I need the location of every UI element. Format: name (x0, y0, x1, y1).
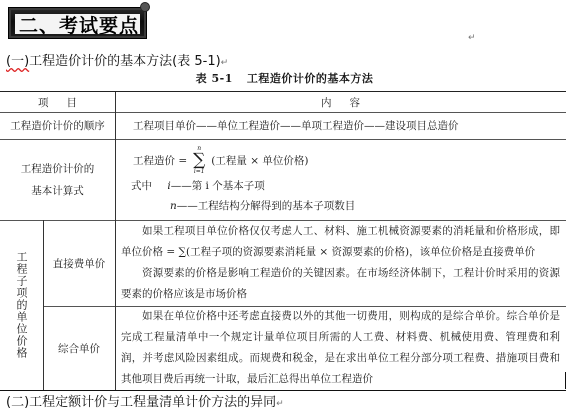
subheading-basic-methods: (一)工程造价计价的基本方法(表 5-1)↵ (6, 50, 228, 69)
var-n-desc: ——工程结构分解得到的基本子项数目 (177, 200, 356, 212)
section-heading: 二、考试要点 (15, 14, 140, 34)
row-item-label: 基本计算式 (31, 180, 84, 202)
table-row-sequence-content: 工程项目单价——单位工程造价——单项工程造价——建设项目总造价 (115, 112, 569, 139)
header-content: 内容 (115, 92, 566, 112)
sigma-symbol: ∑ (193, 152, 205, 169)
header-content-label: 内容 (303, 95, 378, 110)
var-n: n (170, 200, 177, 212)
table-row-formula-content: 工程造价 = n ∑ i=1 (工程量 × 单位价格) 式中 i——第 i 个基… (115, 139, 566, 220)
row-item-label: 综合单价 (58, 341, 100, 356)
group-unit-price-label: 工程子项的单位价格 (0, 220, 43, 390)
cost-formula: 工程造价 = n ∑ i=1 (工程量 × 单位价格) (133, 146, 308, 175)
var-i-desc: ——第 i 个基本子项 (171, 180, 265, 192)
section-heading-banner: 二、考试要点 (8, 7, 147, 39)
paragraph-mark-icon: ↵ (276, 399, 284, 409)
formula-lhs: 工程造价 = (133, 153, 187, 168)
row-item-label: 直接费单价 (53, 256, 106, 271)
methods-table: 项目 内容 工程造价计价的顺序 工程项目单价——单位工程造价——单项工程造价——… (0, 91, 566, 391)
banner-pin-icon (140, 2, 150, 12)
table-caption-title: 工程造价计价的基本方法 (247, 72, 374, 85)
direct-cost-para-1: 如果工程项目单位价格仅仅考虑人工、材料、施工机械资源要素的消耗量和价格形成，即单… (121, 221, 560, 263)
table-row-direct-cost-content: 如果工程项目单位价格仅仅考虑人工、材料、施工机械资源要素的消耗量和价格形成，即单… (115, 220, 566, 306)
subheading-prefix: (一) (6, 54, 29, 69)
table-row-direct-cost-item: 直接费单价 (43, 220, 115, 306)
row-item-label: 工程造价计价的 (21, 158, 95, 180)
table-row-sequence-item: 工程造价计价的顺序 (0, 112, 115, 139)
table-caption-number: 表 5-1 (196, 72, 233, 85)
group-label-text: 工程子项的单位价格 (16, 251, 27, 359)
sigma-lower: i=1 (194, 169, 205, 175)
formula-where-n: n——工程结构分解得到的基本子项数目 (170, 198, 355, 213)
where-label: 式中 (131, 180, 152, 192)
formula-rhs: (工程量 × 单位价格) (211, 153, 308, 168)
subheading-text: 工程造价计价的基本方法(表 5-1) (29, 54, 221, 69)
table-corner-mark (565, 372, 566, 389)
header-item: 项目 (0, 92, 115, 112)
sigma-icon: n ∑ i=1 (193, 146, 205, 175)
direct-cost-para-2: 资源要素的价格是影响工程造价的关键因素。在市场经济体制下，工程计价时采用的资源要… (121, 263, 560, 305)
row-content-text: 工程项目单价——单位工程造价——单项工程造价——建设项目总造价 (133, 118, 459, 133)
table-row-composite-price-item: 综合单价 (43, 306, 115, 390)
paragraph-mark-icon: ↵ (221, 58, 229, 68)
table-row-formula-item: 工程造价计价的 基本计算式 (0, 139, 115, 220)
formula-where-i: 式中 i——第 i 个基本子项 (131, 178, 265, 193)
row-item-label: 工程造价计价的顺序 (10, 118, 105, 133)
composite-price-para: 如果在单位价格中还考虑直接费以外的其他一切费用，则构成的是综合单价。综合单价是完… (121, 306, 560, 390)
paragraph-mark-icon: ↵ (468, 33, 476, 43)
table-caption: 表 5-1工程造价计价的基本方法 (0, 70, 569, 86)
subheading-differences: (二)工程定额计价与工程量清单计价方法的异同↵ (6, 391, 284, 409)
table-row-composite-price-content: 如果在单位价格中还考虑直接费以外的其他一切费用，则构成的是综合单价。综合单价是完… (115, 306, 566, 390)
header-item-label: 项目 (20, 95, 95, 110)
subheading-text: (二)工程定额计价与工程量清单计价方法的异同 (6, 395, 276, 409)
